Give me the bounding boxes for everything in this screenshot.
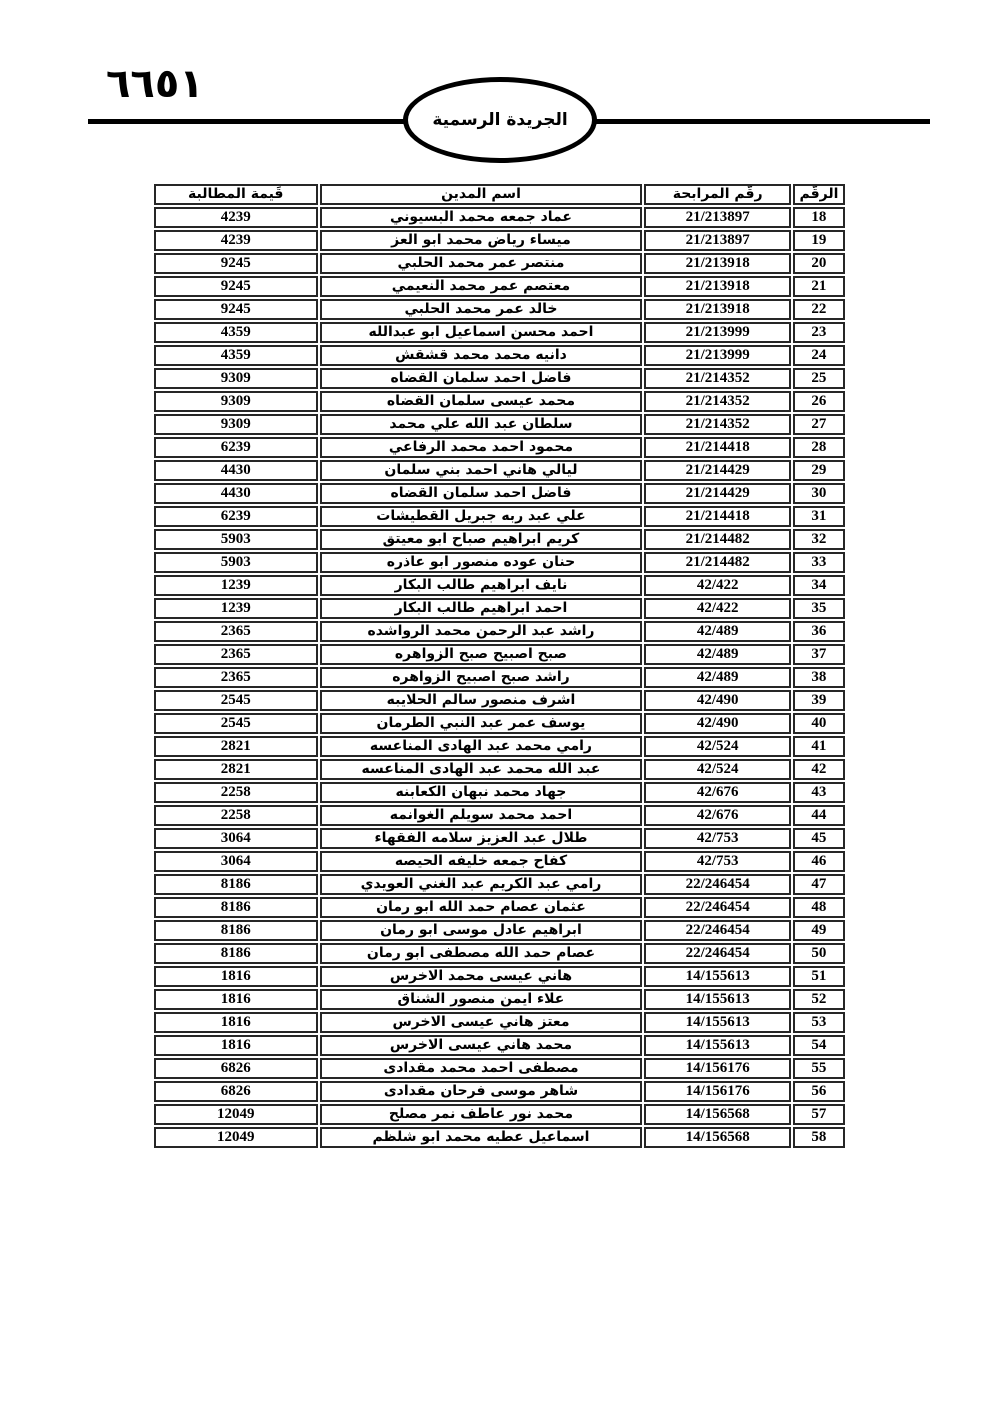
table-row: 2021/213918منتصر عمر محمد الحلبي9245: [154, 253, 845, 274]
cell-claim-value: 8186: [154, 943, 318, 964]
cell-claim-value: 2365: [154, 644, 318, 665]
cell-debtor-name: شاهر موسى فرحان مقدادى: [320, 1081, 643, 1102]
table-row: 3942/490اشرف منصور سالم الحلايبه2545: [154, 690, 845, 711]
cell-record-number: 18: [793, 207, 845, 228]
cell-murabaha-number: 21/213999: [644, 345, 790, 366]
table-row: 1821/213897عماد جمعه محمد البسيوني4239: [154, 207, 845, 228]
cell-debtor-name: سلطان عبد الله علي محمد: [320, 414, 643, 435]
cell-debtor-name: فاضل احمد سلمان القضاه: [320, 368, 643, 389]
cell-murabaha-number: 21/214429: [644, 460, 790, 481]
cell-record-number: 21: [793, 276, 845, 297]
cell-claim-value: 2545: [154, 713, 318, 734]
cell-debtor-name: نايف ابراهيم طالب البكار: [320, 575, 643, 596]
cell-claim-value: 2365: [154, 667, 318, 688]
cell-debtor-name: صبح اصبيح صبح الزواهره: [320, 644, 643, 665]
cell-record-number: 25: [793, 368, 845, 389]
table-row: 3221/214482كريم ابراهيم صباح ابو معيتق59…: [154, 529, 845, 550]
table-row: 4242/524عبد الله محمد عبد الهادى المناعس…: [154, 759, 845, 780]
cell-claim-value: 9245: [154, 253, 318, 274]
records-table: الرقّم رقّم المرابحة اسم المدين قَيمة ال…: [152, 182, 847, 1150]
cell-claim-value: 1239: [154, 598, 318, 619]
cell-claim-value: 1816: [154, 1035, 318, 1056]
cell-murabaha-number: 21/214418: [644, 506, 790, 527]
cell-murabaha-number: 21/214482: [644, 552, 790, 573]
cell-debtor-name: راشد صبح اصبيح الزواهره: [320, 667, 643, 688]
cell-debtor-name: محمد عيسى سلمان القضاه: [320, 391, 643, 412]
cell-record-number: 43: [793, 782, 845, 803]
gazette-page: { "page": { "page_number": "٦٦٥١", "bann…: [0, 0, 1000, 1413]
cell-murabaha-number: 14/156568: [644, 1104, 790, 1125]
cell-claim-value: 6239: [154, 506, 318, 527]
cell-record-number: 23: [793, 322, 845, 343]
cell-claim-value: 9245: [154, 276, 318, 297]
cell-murabaha-number: 42/524: [644, 759, 790, 780]
cell-murabaha-number: 42/490: [644, 713, 790, 734]
table-row: 3842/489راشد صبح اصبيح الزواهره2365: [154, 667, 845, 688]
cell-claim-value: 12049: [154, 1104, 318, 1125]
cell-murabaha-number: 14/156176: [644, 1081, 790, 1102]
cell-debtor-name: علاء ايمن منصور الشناق: [320, 989, 643, 1010]
records-body: 1821/213897عماد جمعه محمد البسيوني423919…: [154, 207, 845, 1148]
table-row: 5022/246454عصام حمد الله مصطفى ابو رمان8…: [154, 943, 845, 964]
cell-record-number: 58: [793, 1127, 845, 1148]
cell-debtor-name: احمد ابراهيم طالب البكار: [320, 598, 643, 619]
cell-record-number: 41: [793, 736, 845, 757]
cell-debtor-name: رامي محمد عبد الهادى المناعسه: [320, 736, 643, 757]
cell-murabaha-number: 21/214352: [644, 391, 790, 412]
cell-claim-value: 5903: [154, 552, 318, 573]
table-row: 2121/213918معتصم عمر محمد النعيمي9245: [154, 276, 845, 297]
cell-claim-value: 2258: [154, 782, 318, 803]
header-claim-value: قَيمة المطالبة: [154, 184, 318, 205]
cell-debtor-name: علي عبد ربه جبريل القطيشات: [320, 506, 643, 527]
cell-murabaha-number: 21/214418: [644, 437, 790, 458]
cell-murabaha-number: 22/246454: [644, 920, 790, 941]
cell-murabaha-number: 21/213999: [644, 322, 790, 343]
cell-record-number: 28: [793, 437, 845, 458]
cell-record-number: 22: [793, 299, 845, 320]
cell-claim-value: 8186: [154, 897, 318, 918]
cell-record-number: 19: [793, 230, 845, 251]
cell-murabaha-number: 42/422: [644, 575, 790, 596]
cell-debtor-name: يوسف عمر عبد النبي الطرمان: [320, 713, 643, 734]
cell-murabaha-number: 22/246454: [644, 874, 790, 895]
cell-debtor-name: اشرف منصور سالم الحلايبه: [320, 690, 643, 711]
table-header-row: الرقّم رقّم المرابحة اسم المدين قَيمة ال…: [154, 184, 845, 205]
cell-record-number: 56: [793, 1081, 845, 1102]
cell-murabaha-number: 14/155613: [644, 1012, 790, 1033]
cell-record-number: 37: [793, 644, 845, 665]
table-row: 5314/155613معتز هاني عيسى الاخرس1816: [154, 1012, 845, 1033]
cell-claim-value: 2545: [154, 690, 318, 711]
cell-debtor-name: ليالي هاني احمد بني سلمان: [320, 460, 643, 481]
cell-claim-value: 2365: [154, 621, 318, 642]
cell-record-number: 55: [793, 1058, 845, 1079]
cell-debtor-name: عصام حمد الله مصطفى ابو رمان: [320, 943, 643, 964]
cell-claim-value: 6826: [154, 1058, 318, 1079]
cell-claim-value: 12049: [154, 1127, 318, 1148]
table-row: 2821/214418محمود احمد محمد الرفاعي6239: [154, 437, 845, 458]
cell-record-number: 51: [793, 966, 845, 987]
cell-claim-value: 9245: [154, 299, 318, 320]
table-row: 2421/213999دانيه محمد محمد قشقش4359: [154, 345, 845, 366]
cell-claim-value: 1816: [154, 966, 318, 987]
cell-record-number: 32: [793, 529, 845, 550]
cell-murabaha-number: 42/753: [644, 851, 790, 872]
table-row: 5514/156176مصطفى احمد محمد مقدادى6826: [154, 1058, 845, 1079]
cell-murabaha-number: 14/155613: [644, 966, 790, 987]
cell-debtor-name: محمد هاني عيسى الاخرس: [320, 1035, 643, 1056]
table-row: 5214/155613علاء ايمن منصور الشناق1816: [154, 989, 845, 1010]
table-row: 4822/246454عثمان عصام حمد الله ابو رمان8…: [154, 897, 845, 918]
table-row: 2221/213918خالد عمر محمد الحلبي9245: [154, 299, 845, 320]
cell-claim-value: 6239: [154, 437, 318, 458]
cell-record-number: 39: [793, 690, 845, 711]
table-row: 5814/156568اسماعيل عطيه محمد ابو شلظم120…: [154, 1127, 845, 1148]
cell-murabaha-number: 42/676: [644, 782, 790, 803]
table-row: 5714/156568محمد نور عاطف نمر مصلح12049: [154, 1104, 845, 1125]
table-row: 4142/524رامي محمد عبد الهادى المناعسه282…: [154, 736, 845, 757]
cell-claim-value: 2821: [154, 759, 318, 780]
table-row: 5414/155613محمد هاني عيسى الاخرس1816: [154, 1035, 845, 1056]
cell-murabaha-number: 42/753: [644, 828, 790, 849]
cell-record-number: 52: [793, 989, 845, 1010]
cell-debtor-name: كريم ابراهيم صباح ابو معيتق: [320, 529, 643, 550]
cell-record-number: 48: [793, 897, 845, 918]
cell-claim-value: 6826: [154, 1081, 318, 1102]
cell-murabaha-number: 21/213897: [644, 207, 790, 228]
cell-murabaha-number: 42/489: [644, 667, 790, 688]
cell-murabaha-number: 42/676: [644, 805, 790, 826]
cell-debtor-name: معتز هاني عيسى الاخرس: [320, 1012, 643, 1033]
cell-murabaha-number: 42/524: [644, 736, 790, 757]
cell-debtor-name: مصطفى احمد محمد مقدادى: [320, 1058, 643, 1079]
table-row: 2321/213999احمد محسن اسماعيل ابو عبدالله…: [154, 322, 845, 343]
cell-murabaha-number: 21/213918: [644, 299, 790, 320]
cell-record-number: 29: [793, 460, 845, 481]
table-row: 3021/214429فاضل احمد سلمان القضاه4430: [154, 483, 845, 504]
cell-record-number: 27: [793, 414, 845, 435]
cell-claim-value: 5903: [154, 529, 318, 550]
table-row: 2921/214429ليالي هاني احمد بني سلمان4430: [154, 460, 845, 481]
cell-debtor-name: معتصم عمر محمد النعيمي: [320, 276, 643, 297]
cell-debtor-name: احمد محسن اسماعيل ابو عبدالله: [320, 322, 643, 343]
table-row: 3542/422احمد ابراهيم طالب البكار1239: [154, 598, 845, 619]
header-record-number: الرقّم: [793, 184, 845, 205]
gazette-banner-title: الجريدة الرسمية: [432, 110, 567, 130]
cell-record-number: 42: [793, 759, 845, 780]
cell-murabaha-number: 21/213897: [644, 230, 790, 251]
cell-murabaha-number: 14/155613: [644, 1035, 790, 1056]
cell-claim-value: 9309: [154, 391, 318, 412]
cell-record-number: 49: [793, 920, 845, 941]
cell-claim-value: 4359: [154, 322, 318, 343]
cell-record-number: 46: [793, 851, 845, 872]
cell-record-number: 53: [793, 1012, 845, 1033]
cell-claim-value: 2821: [154, 736, 318, 757]
cell-debtor-name: حنان عوده منصور ابو عاذره: [320, 552, 643, 573]
cell-debtor-name: كفاح جمعه خليفه الحيصه: [320, 851, 643, 872]
table-row: 4542/753طلال عبد العزيز سلامه الفقهاء306…: [154, 828, 845, 849]
cell-murabaha-number: 42/422: [644, 598, 790, 619]
cell-claim-value: 9309: [154, 414, 318, 435]
cell-claim-value: 4359: [154, 345, 318, 366]
cell-record-number: 50: [793, 943, 845, 964]
page-number: ٦٦٥١: [106, 64, 204, 104]
cell-claim-value: 8186: [154, 920, 318, 941]
cell-claim-value: 1816: [154, 989, 318, 1010]
cell-claim-value: 3064: [154, 828, 318, 849]
table-row: 2721/214352سلطان عبد الله علي محمد9309: [154, 414, 845, 435]
cell-debtor-name: هاني عيسى محمد الاخرس: [320, 966, 643, 987]
cell-debtor-name: طلال عبد العزيز سلامه الفقهاء: [320, 828, 643, 849]
cell-claim-value: 4239: [154, 230, 318, 251]
cell-record-number: 35: [793, 598, 845, 619]
cell-debtor-name: ميساء رياض محمد ابو العز: [320, 230, 643, 251]
cell-debtor-name: محمود احمد محمد الرفاعي: [320, 437, 643, 458]
cell-murabaha-number: 42/489: [644, 621, 790, 642]
cell-record-number: 36: [793, 621, 845, 642]
cell-claim-value: 1239: [154, 575, 318, 596]
cell-murabaha-number: 22/246454: [644, 897, 790, 918]
cell-record-number: 31: [793, 506, 845, 527]
cell-murabaha-number: 21/214352: [644, 414, 790, 435]
header-murabaha-number: رقّم المرابحة: [644, 184, 790, 205]
table-row: 3642/489راشد عبد الرحمن محمد الرواشده236…: [154, 621, 845, 642]
cell-murabaha-number: 21/214482: [644, 529, 790, 550]
table-row: 2521/214352فاضل احمد سلمان القضاه9309: [154, 368, 845, 389]
table-row: 3442/422نايف ابراهيم طالب البكار1239: [154, 575, 845, 596]
cell-debtor-name: منتصر عمر محمد الحلبي: [320, 253, 643, 274]
cell-record-number: 33: [793, 552, 845, 573]
cell-record-number: 54: [793, 1035, 845, 1056]
cell-claim-value: 9309: [154, 368, 318, 389]
table-row: 5114/155613هاني عيسى محمد الاخرس1816: [154, 966, 845, 987]
cell-debtor-name: جهاد محمد نبهان الكعابنه: [320, 782, 643, 803]
cell-debtor-name: راشد عبد الرحمن محمد الرواشده: [320, 621, 643, 642]
cell-murabaha-number: 21/214352: [644, 368, 790, 389]
cell-record-number: 20: [793, 253, 845, 274]
cell-debtor-name: فاضل احمد سلمان القضاه: [320, 483, 643, 504]
cell-claim-value: 3064: [154, 851, 318, 872]
cell-debtor-name: عبد الله محمد عبد الهادى المناعسه: [320, 759, 643, 780]
table-row: 3121/214418علي عبد ربه جبريل القطيشات623…: [154, 506, 845, 527]
cell-record-number: 26: [793, 391, 845, 412]
table-row: 4922/246454ابراهيم عادل موسى ابو رمان818…: [154, 920, 845, 941]
table-row: 3742/489صبح اصبيح صبح الزواهره2365: [154, 644, 845, 665]
cell-murabaha-number: 42/489: [644, 644, 790, 665]
cell-debtor-name: اسماعيل عطيه محمد ابو شلظم: [320, 1127, 643, 1148]
cell-record-number: 24: [793, 345, 845, 366]
cell-debtor-name: محمد نور عاطف نمر مصلح: [320, 1104, 643, 1125]
gazette-banner: الجريدة الرسمية: [403, 77, 597, 163]
cell-claim-value: 4430: [154, 483, 318, 504]
cell-debtor-name: دانيه محمد محمد قشقش: [320, 345, 643, 366]
cell-debtor-name: خالد عمر محمد الحلبي: [320, 299, 643, 320]
header-debtor-name: اسم المدين: [320, 184, 643, 205]
cell-murabaha-number: 21/214429: [644, 483, 790, 504]
cell-record-number: 57: [793, 1104, 845, 1125]
cell-murabaha-number: 22/246454: [644, 943, 790, 964]
cell-murabaha-number: 14/156176: [644, 1058, 790, 1079]
cell-debtor-name: ابراهيم عادل موسى ابو رمان: [320, 920, 643, 941]
table-row: 4442/676احمد محمد سويلم الغوانمه2258: [154, 805, 845, 826]
cell-record-number: 44: [793, 805, 845, 826]
cell-murabaha-number: 14/156568: [644, 1127, 790, 1148]
cell-debtor-name: احمد محمد سويلم الغوانمه: [320, 805, 643, 826]
cell-claim-value: 4239: [154, 207, 318, 228]
cell-record-number: 34: [793, 575, 845, 596]
table-row: 2621/214352محمد عيسى سلمان القضاه9309: [154, 391, 845, 412]
cell-claim-value: 4430: [154, 460, 318, 481]
cell-record-number: 38: [793, 667, 845, 688]
cell-debtor-name: عماد جمعه محمد البسيوني: [320, 207, 643, 228]
cell-murabaha-number: 42/490: [644, 690, 790, 711]
cell-claim-value: 1816: [154, 1012, 318, 1033]
cell-record-number: 30: [793, 483, 845, 504]
table-row: 4042/490يوسف عمر عبد النبي الطرمان2545: [154, 713, 845, 734]
cell-debtor-name: رامي عبد الكريم عبد الغني العويدي: [320, 874, 643, 895]
table-row: 4642/753كفاح جمعه خليفه الحيصه3064: [154, 851, 845, 872]
cell-record-number: 40: [793, 713, 845, 734]
table-row: 4342/676جهاد محمد نبهان الكعابنه2258: [154, 782, 845, 803]
table-row: 5614/156176شاهر موسى فرحان مقدادى6826: [154, 1081, 845, 1102]
cell-debtor-name: عثمان عصام حمد الله ابو رمان: [320, 897, 643, 918]
cell-claim-value: 2258: [154, 805, 318, 826]
table-row: 4722/246454رامي عبد الكريم عبد الغني الع…: [154, 874, 845, 895]
cell-murabaha-number: 14/155613: [644, 989, 790, 1010]
table-row: 1921/213897ميساء رياض محمد ابو العز4239: [154, 230, 845, 251]
cell-record-number: 45: [793, 828, 845, 849]
cell-claim-value: 8186: [154, 874, 318, 895]
cell-murabaha-number: 21/213918: [644, 253, 790, 274]
cell-record-number: 47: [793, 874, 845, 895]
table-row: 3321/214482حنان عوده منصور ابو عاذره5903: [154, 552, 845, 573]
cell-murabaha-number: 21/213918: [644, 276, 790, 297]
